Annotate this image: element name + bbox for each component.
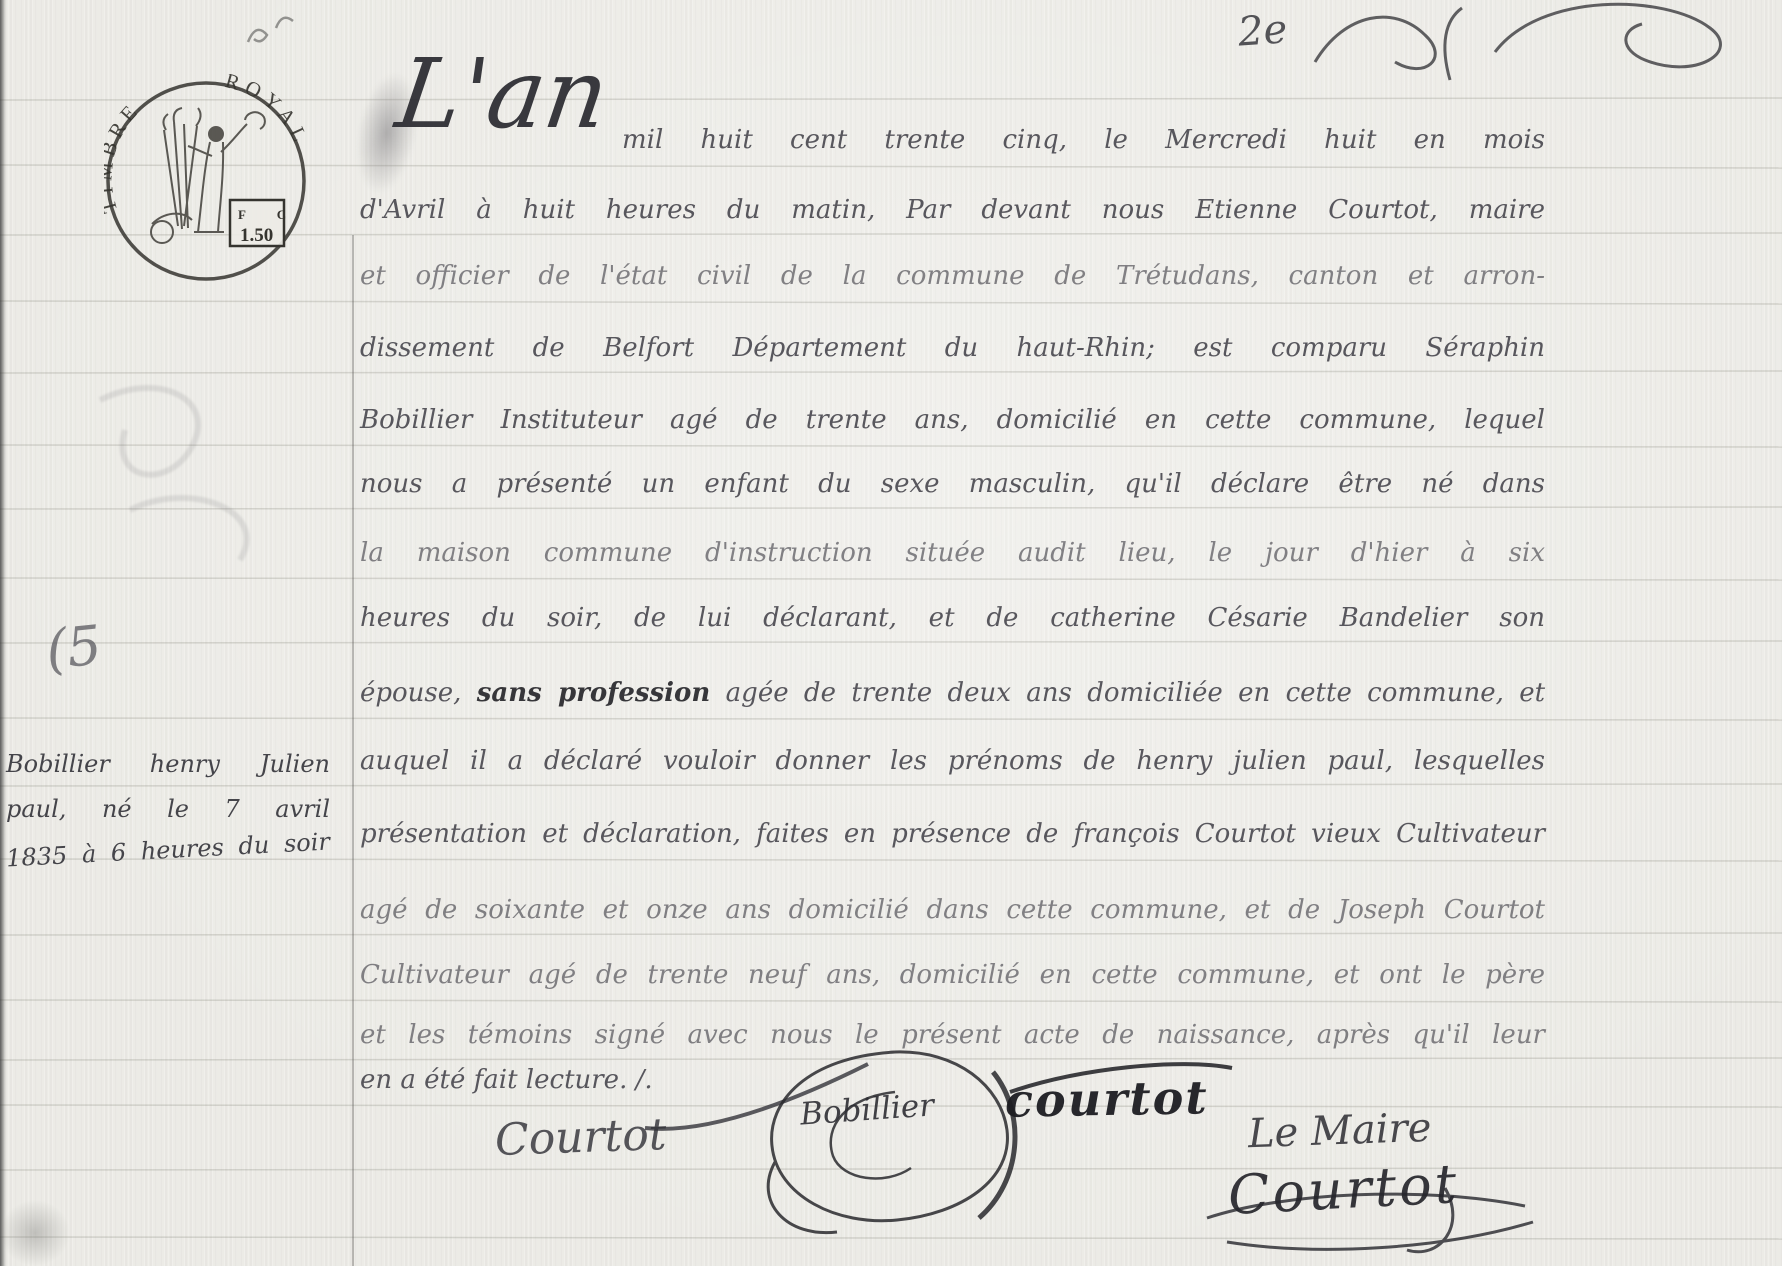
wheat-sheaf-icon	[163, 108, 200, 229]
pen-marks	[240, 4, 310, 54]
body-line: auquel il a déclaré vouloir donner les p…	[360, 745, 1545, 778]
body-line: heures du soir, de lui déclarant, et de …	[360, 602, 1545, 635]
stamp-value-currency: F C	[238, 207, 300, 222]
body-line: épouse, sans profession agée de trente d…	[360, 677, 1545, 710]
timbre-royal-stamp: TIMBRE ROYAL	[104, 74, 310, 290]
body-line: d'Avril à huit heures du matin, Par deva…	[360, 194, 1545, 227]
body-line-segment: agée de trente deux ans domiciliée en ce…	[726, 678, 1545, 708]
margin-rule-line	[352, 235, 354, 1266]
page-notation: 2e	[1236, 6, 1288, 55]
body-line: Cultivateur agé de trente neuf ans, domi…	[360, 959, 1545, 992]
mayor-paraph	[1195, 1180, 1555, 1266]
margin-note-line: Bobillier henry Julien	[6, 750, 330, 778]
stamp-text-timbre: TIMBRE	[104, 97, 145, 216]
signature-tbar-stroke	[1000, 1050, 1240, 1100]
stamp-value-box: F C 1.50	[230, 200, 300, 246]
notation-flourish	[1290, 0, 1770, 95]
margin-note-line: paul, né le 7 avril	[6, 795, 330, 823]
body-line: nous a présenté un enfant du sexe mascul…	[360, 468, 1545, 501]
body-line: dissement de Belfort Département du haut…	[360, 332, 1545, 365]
scan-edge-shadow	[0, 0, 6, 1266]
body-line: et officier de l'état civil de la commun…	[360, 260, 1545, 293]
inserted-phrase: sans profession	[477, 678, 711, 708]
svg-text:ROYAL: ROYAL	[223, 74, 310, 150]
opening-initial: L'an	[390, 38, 615, 150]
act-number: (5	[43, 613, 105, 681]
signature-mayor-title: Le Maire	[1247, 1105, 1432, 1157]
bleed-through-marks	[70, 360, 350, 600]
body-line: présentation et déclaration, faites en p…	[360, 818, 1545, 851]
body-line: la maison commune d'instruction située a…	[360, 537, 1545, 570]
corner-smudge	[0, 1200, 70, 1266]
body-line: agé de soixante et onze ans domicilié da…	[360, 894, 1545, 927]
body-line: mil huit cent trente cinq, le Mercredi h…	[622, 124, 1545, 157]
sickle-icon	[245, 112, 265, 129]
stamp-text-royal: ROYAL	[223, 74, 310, 150]
birth-record-page: TIMBRE ROYAL	[0, 0, 1782, 1266]
body-line: Bobillier Instituteur agé de trente ans,…	[360, 404, 1545, 437]
stamp-value-amount: 1.50	[240, 225, 273, 246]
body-line-segment: épouse,	[360, 678, 461, 708]
svg-text:TIMBRE: TIMBRE	[104, 97, 145, 216]
